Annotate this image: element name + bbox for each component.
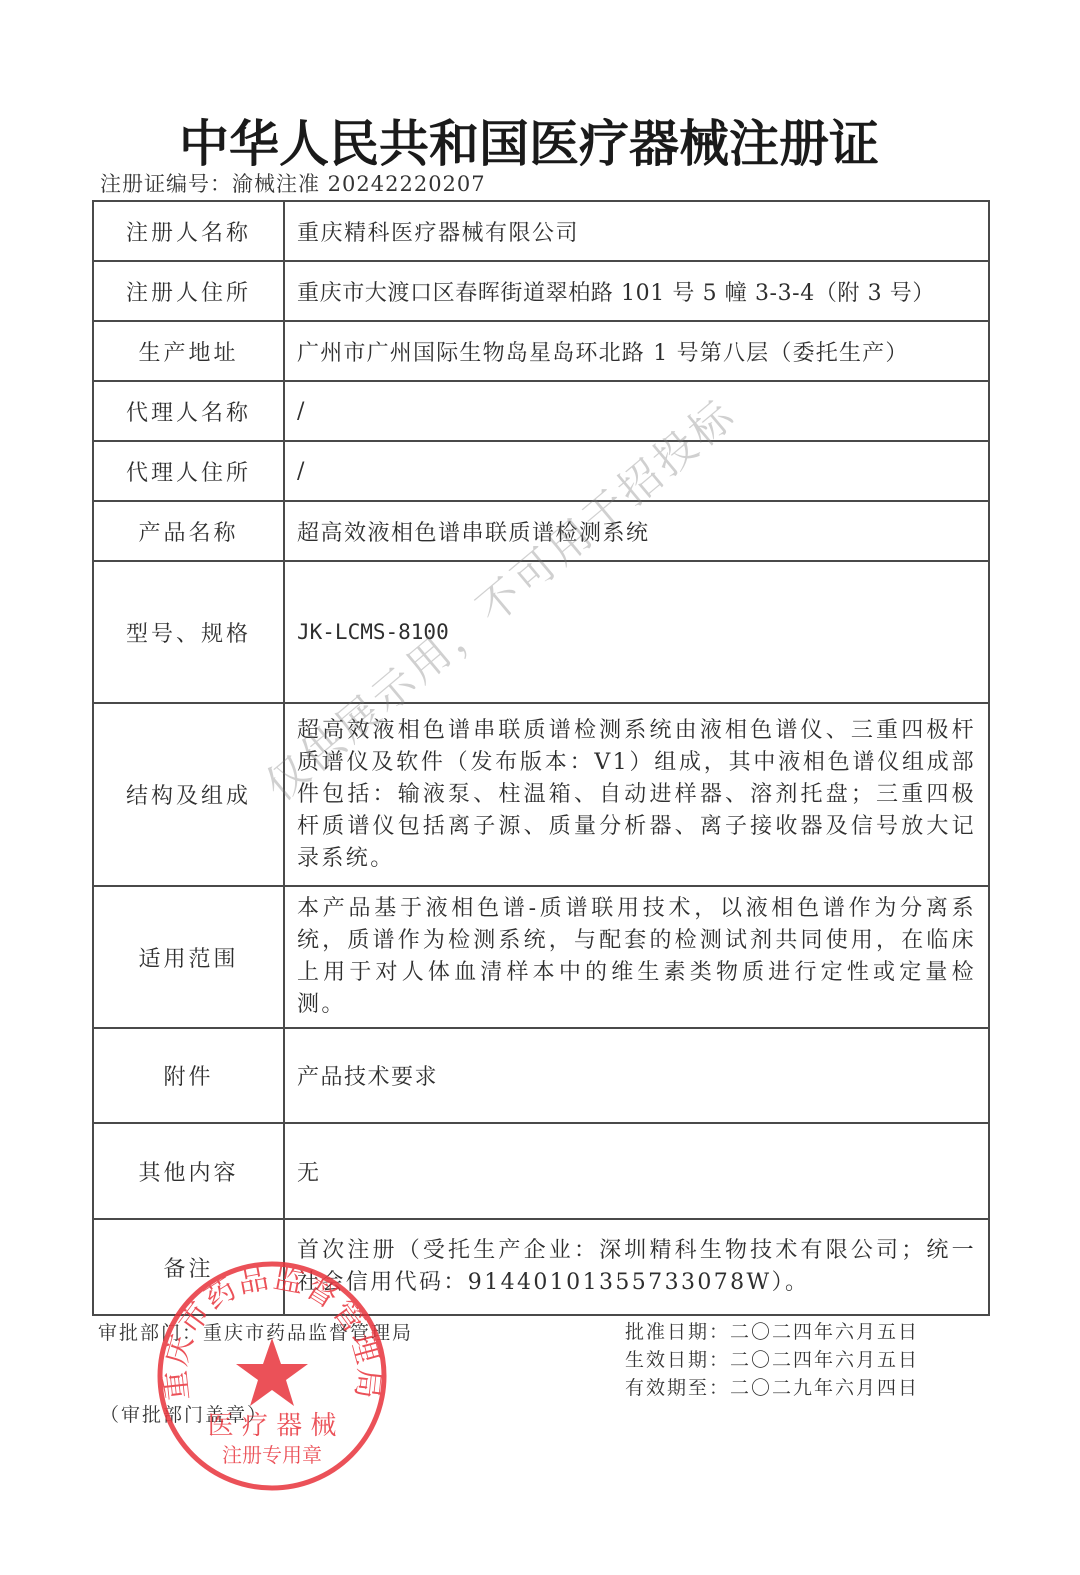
approval-department: 审批部门：重庆市药品监督管理局 xyxy=(98,1318,413,1345)
row-label: 其他内容 xyxy=(93,1123,284,1219)
row-value: / xyxy=(284,441,989,501)
row-value: 重庆精科医疗器械有限公司 xyxy=(284,201,989,261)
row-value: / xyxy=(284,381,989,441)
certificate-number: 注册证编号：渝械注准 20242220207 xyxy=(100,168,486,198)
table-row: 代理人住所 / xyxy=(93,441,989,501)
effective-date-label: 生效日期： xyxy=(625,1349,730,1371)
approval-department-label: 审批部门： xyxy=(98,1322,203,1344)
expiry-date-value: 二〇二九年六月四日 xyxy=(730,1377,919,1399)
certificate-number-label: 注册证编号： xyxy=(100,172,232,196)
expiry-date: 有效期至：二〇二九年六月四日 xyxy=(625,1374,919,1402)
date-block: 批准日期：二〇二四年六月五日 生效日期：二〇二四年六月五日 有效期至：二〇二九年… xyxy=(625,1318,919,1402)
row-value: 本产品基于液相色谱-质谱联用技术，以液相色谱作为分离系统，质谱作为检测系统，与配… xyxy=(284,886,989,1028)
row-label: 备注 xyxy=(93,1219,284,1315)
approval-date-label: 批准日期： xyxy=(625,1321,730,1343)
star-icon xyxy=(236,1338,308,1406)
table-row: 代理人名称 / xyxy=(93,381,989,441)
row-label: 结构及组成 xyxy=(93,703,284,886)
row-label: 代理人住所 xyxy=(93,441,284,501)
row-value: 产品技术要求 xyxy=(284,1028,989,1123)
table-row: 产品名称 超高效液相色谱串联质谱检测系统 xyxy=(93,501,989,561)
document-title: 中华人民共和国医疗器械注册证 xyxy=(0,104,1058,176)
seal-note: （审批部门盖章） xyxy=(100,1400,268,1427)
row-label: 注册人住所 xyxy=(93,261,284,321)
table-row: 其他内容 无 xyxy=(93,1123,989,1219)
row-label: 型号、规格 xyxy=(93,561,284,703)
row-value: 超高效液相色谱串联质谱检测系统 xyxy=(284,501,989,561)
row-value: 广州市广州国际生物岛星岛环北路 1 号第八层（委托生产） xyxy=(284,321,989,381)
row-value: 重庆市大渡口区春晖街道翠柏路 101 号 5 幢 3-3-4（附 3 号） xyxy=(284,261,989,321)
row-label: 适用范围 xyxy=(93,886,284,1028)
row-label: 代理人名称 xyxy=(93,381,284,441)
row-value: 无 xyxy=(284,1123,989,1219)
approval-department-value: 重庆市药品监督管理局 xyxy=(203,1322,413,1344)
row-value: JK-LCMS-8100 xyxy=(284,561,989,703)
row-label: 生产地址 xyxy=(93,321,284,381)
row-value: 首次注册（受托生产企业：深圳精科生物技术有限公司；统一社会信用代码：914401… xyxy=(284,1219,989,1315)
row-label: 附件 xyxy=(93,1028,284,1123)
row-label: 产品名称 xyxy=(93,501,284,561)
table-row: 结构及组成 超高效液相色谱串联质谱检测系统由液相色谱仪、三重四极杆质谱仪及软件（… xyxy=(93,703,989,886)
table-row: 适用范围 本产品基于液相色谱-质谱联用技术，以液相色谱作为分离系统，质谱作为检测… xyxy=(93,886,989,1028)
approval-date: 批准日期：二〇二四年六月五日 xyxy=(625,1318,919,1346)
table-row: 生产地址 广州市广州国际生物岛星岛环北路 1 号第八层（委托生产） xyxy=(93,321,989,381)
table-row: 备注 首次注册（受托生产企业：深圳精科生物技术有限公司；统一社会信用代码：914… xyxy=(93,1219,989,1315)
row-label: 注册人名称 xyxy=(93,201,284,261)
svg-text:注册专用章: 注册专用章 xyxy=(222,1443,322,1467)
table-row: 注册人名称 重庆精科医疗器械有限公司 xyxy=(93,201,989,261)
approval-date-value: 二〇二四年六月五日 xyxy=(730,1321,919,1343)
row-value: 超高效液相色谱串联质谱检测系统由液相色谱仪、三重四极杆质谱仪及软件（发布版本：V… xyxy=(284,703,989,886)
registration-table: 注册人名称 重庆精科医疗器械有限公司 注册人住所 重庆市大渡口区春晖街道翠柏路 … xyxy=(92,200,990,1316)
certificate-number-value: 渝械注准 20242220207 xyxy=(232,172,486,196)
effective-date-value: 二〇二四年六月五日 xyxy=(730,1349,919,1371)
effective-date: 生效日期：二〇二四年六月五日 xyxy=(625,1346,919,1374)
expiry-date-label: 有效期至： xyxy=(625,1377,730,1399)
table-row: 附件 产品技术要求 xyxy=(93,1028,989,1123)
table-row: 型号、规格 JK-LCMS-8100 xyxy=(93,561,989,703)
table-row: 注册人住所 重庆市大渡口区春晖街道翠柏路 101 号 5 幢 3-3-4（附 3… xyxy=(93,261,989,321)
